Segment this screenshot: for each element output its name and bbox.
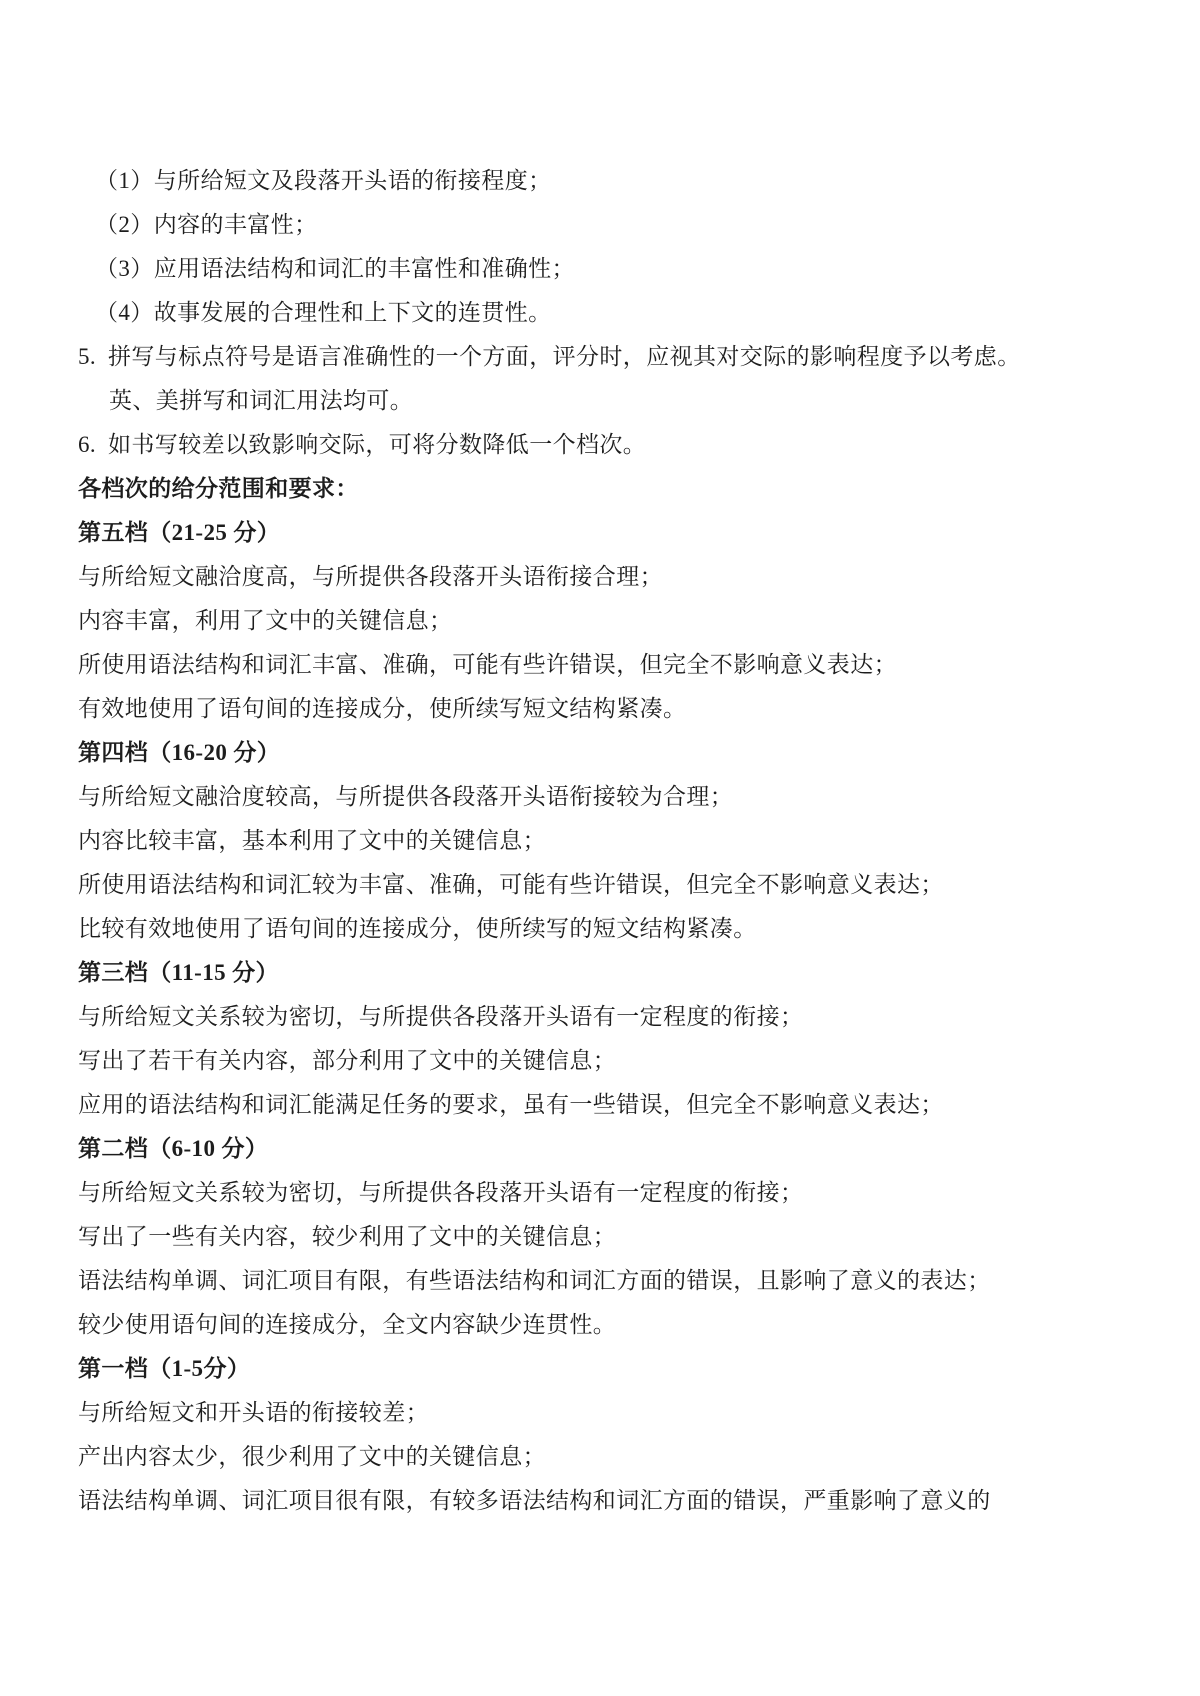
note-item-5: 5.拼写与标点符号是语言准确性的一个方面，评分时，应视其对交际的影响程度予以考虑… xyxy=(78,335,1148,379)
tier-1-line: 语法结构单调、词汇项目很有限，有较多语法结构和词汇方面的错误，严重影响了意义的 xyxy=(78,1479,1148,1523)
criteria-text: 应用语法结构和词汇的丰富性和准确性； xyxy=(154,256,575,281)
criteria-item-1: （1）与所给短文及段落开头语的衔接程度； xyxy=(78,159,1148,203)
criteria-marker: （3） xyxy=(95,256,154,281)
tier-4-line: 所使用语法结构和词汇较为丰富、准确，可能有些许错误，但完全不影响意义表达； xyxy=(78,863,1148,907)
criteria-text: 与所给短文及段落开头语的衔接程度； xyxy=(154,168,552,193)
criteria-item-3: （3）应用语法结构和词汇的丰富性和准确性； xyxy=(78,247,1148,291)
note-continuation-text: 英、美拼写和词汇用法均可。 xyxy=(109,388,413,413)
criteria-item-2: （2）内容的丰富性； xyxy=(78,203,1148,247)
document-content: （1）与所给短文及段落开头语的衔接程度； （2）内容的丰富性； （3）应用语法结… xyxy=(78,159,1148,1523)
note-marker: 6. xyxy=(78,423,108,467)
tier-3-line: 写出了若干有关内容，部分利用了文中的关键信息； xyxy=(78,1039,1148,1083)
note-text: 拼写与标点符号是语言准确性的一个方面，评分时，应视其对交际的影响程度予以考虑。 xyxy=(108,344,1021,369)
section-heading: 各档次的给分范围和要求： xyxy=(78,467,1148,511)
note-item-6: 6.如书写较差以致影响交际，可将分数降低一个档次。 xyxy=(78,423,1148,467)
tier-1-line: 与所给短文和开头语的衔接较差； xyxy=(78,1391,1148,1435)
tier-heading-1: 第一档（1-5分） xyxy=(78,1347,1148,1391)
tier-3-line: 应用的语法结构和词汇能满足任务的要求，虽有一些错误，但完全不影响意义表达； xyxy=(78,1083,1148,1127)
criteria-text: 故事发展的合理性和上下文的连贯性。 xyxy=(154,300,552,325)
tier-heading-5: 第五档（21-25 分） xyxy=(78,511,1148,555)
criteria-marker: （4） xyxy=(95,300,154,325)
criteria-marker: （2） xyxy=(95,212,154,237)
tier-5-line: 所使用语法结构和词汇丰富、准确，可能有些许错误，但完全不影响意义表达； xyxy=(78,643,1148,687)
tier-2-line: 与所给短文关系较为密切，与所提供各段落开头语有一定程度的衔接； xyxy=(78,1171,1148,1215)
tier-3-line: 与所给短文关系较为密切，与所提供各段落开头语有一定程度的衔接； xyxy=(78,995,1148,1039)
tier-4-line: 比较有效地使用了语句间的连接成分，使所续写的短文结构紧凑。 xyxy=(78,907,1148,951)
tier-2-line: 较少使用语句间的连接成分，全文内容缺少连贯性。 xyxy=(78,1303,1148,1347)
tier-5-line: 内容丰富，利用了文中的关键信息； xyxy=(78,599,1148,643)
tier-4-line: 与所给短文融洽度较高，与所提供各段落开头语衔接较为合理； xyxy=(78,775,1148,819)
tier-5-line: 有效地使用了语句间的连接成分，使所续写短文结构紧凑。 xyxy=(78,687,1148,731)
criteria-marker: （1） xyxy=(95,168,154,193)
tier-heading-3: 第三档（11-15 分） xyxy=(78,951,1148,995)
criteria-text: 内容的丰富性； xyxy=(154,212,318,237)
tier-heading-2: 第二档（6-10 分） xyxy=(78,1127,1148,1171)
tier-2-line: 写出了一些有关内容，较少利用了文中的关键信息； xyxy=(78,1215,1148,1259)
tier-5-line: 与所给短文融洽度高，与所提供各段落开头语衔接合理； xyxy=(78,555,1148,599)
tier-4-line: 内容比较丰富，基本利用了文中的关键信息； xyxy=(78,819,1148,863)
note-item-5-continuation: 英、美拼写和词汇用法均可。 xyxy=(78,379,1148,423)
tier-1-line: 产出内容太少，很少利用了文中的关键信息； xyxy=(78,1435,1148,1479)
tier-2-line: 语法结构单调、词汇项目有限，有些语法结构和词汇方面的错误，且影响了意义的表达； xyxy=(78,1259,1148,1303)
note-text: 如书写较差以致影响交际，可将分数降低一个档次。 xyxy=(108,432,646,457)
note-marker: 5. xyxy=(78,335,108,379)
document-page: （1）与所给短文及段落开头语的衔接程度； （2）内容的丰富性； （3）应用语法结… xyxy=(0,0,1200,1696)
tier-heading-4: 第四档（16-20 分） xyxy=(78,731,1148,775)
criteria-item-4: （4）故事发展的合理性和上下文的连贯性。 xyxy=(78,291,1148,335)
